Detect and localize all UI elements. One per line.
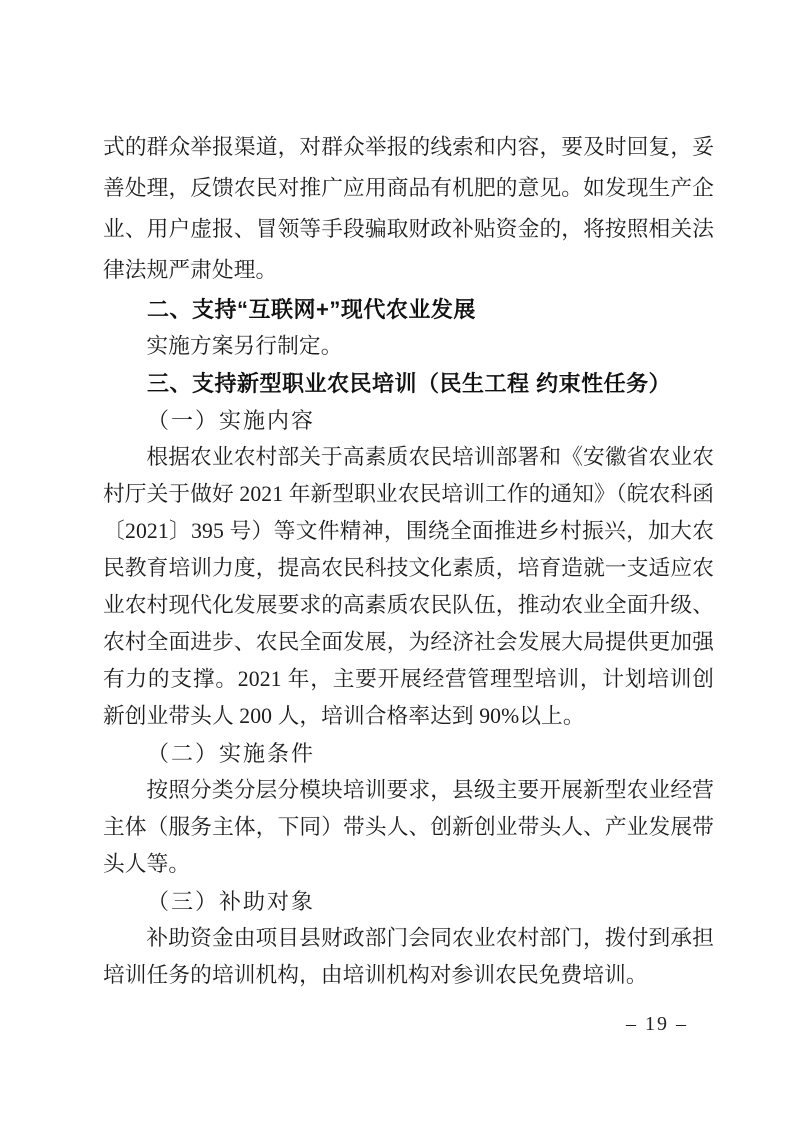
- paragraph-implementation-conditions: 按照分类分层分模块培训要求，县级主要开展新型农业经营主体（服务主体，下同）带头人…: [103, 772, 714, 883]
- paragraph-implementation-plan: 实施方案另行制定。: [103, 328, 714, 365]
- page-number: – 19 –: [626, 1013, 688, 1036]
- subsection-heading-implementation-conditions: （二）实施条件: [103, 735, 714, 772]
- paragraph-continuation: 式的群众举报渠道，对群众举报的线索和内容，要及时回复，妥善处理，反馈农民对推广应…: [103, 127, 714, 291]
- paragraph-subsidy-targets: 补助资金由项目县财政部门会同农业农村部门，拨付到承担培训任务的培训机构，由培训机…: [103, 920, 714, 994]
- paragraph-implementation-content: 根据农业农村部关于高素质农民培训部署和《安徽省农业农村厅关于做好 2021 年新…: [103, 439, 714, 735]
- subsection-heading-subsidy-targets: （三）补助对象: [103, 883, 714, 920]
- section-heading-farmer-training: 三、支持新型职业农民培训（民生工程 约束性任务）: [103, 365, 714, 402]
- subsection-heading-implementation-content: （一）实施内容: [103, 402, 714, 439]
- document-body: 式的群众举报渠道，对群众举报的线索和内容，要及时回复，妥善处理，反馈农民对推广应…: [103, 127, 714, 994]
- document-page: 式的群众举报渠道，对群众举报的线索和内容，要及时回复，妥善处理，反馈农民对推广应…: [0, 0, 793, 1122]
- section-heading-internet-plus: 二、支持“互联网+”现代农业发展: [103, 291, 714, 328]
